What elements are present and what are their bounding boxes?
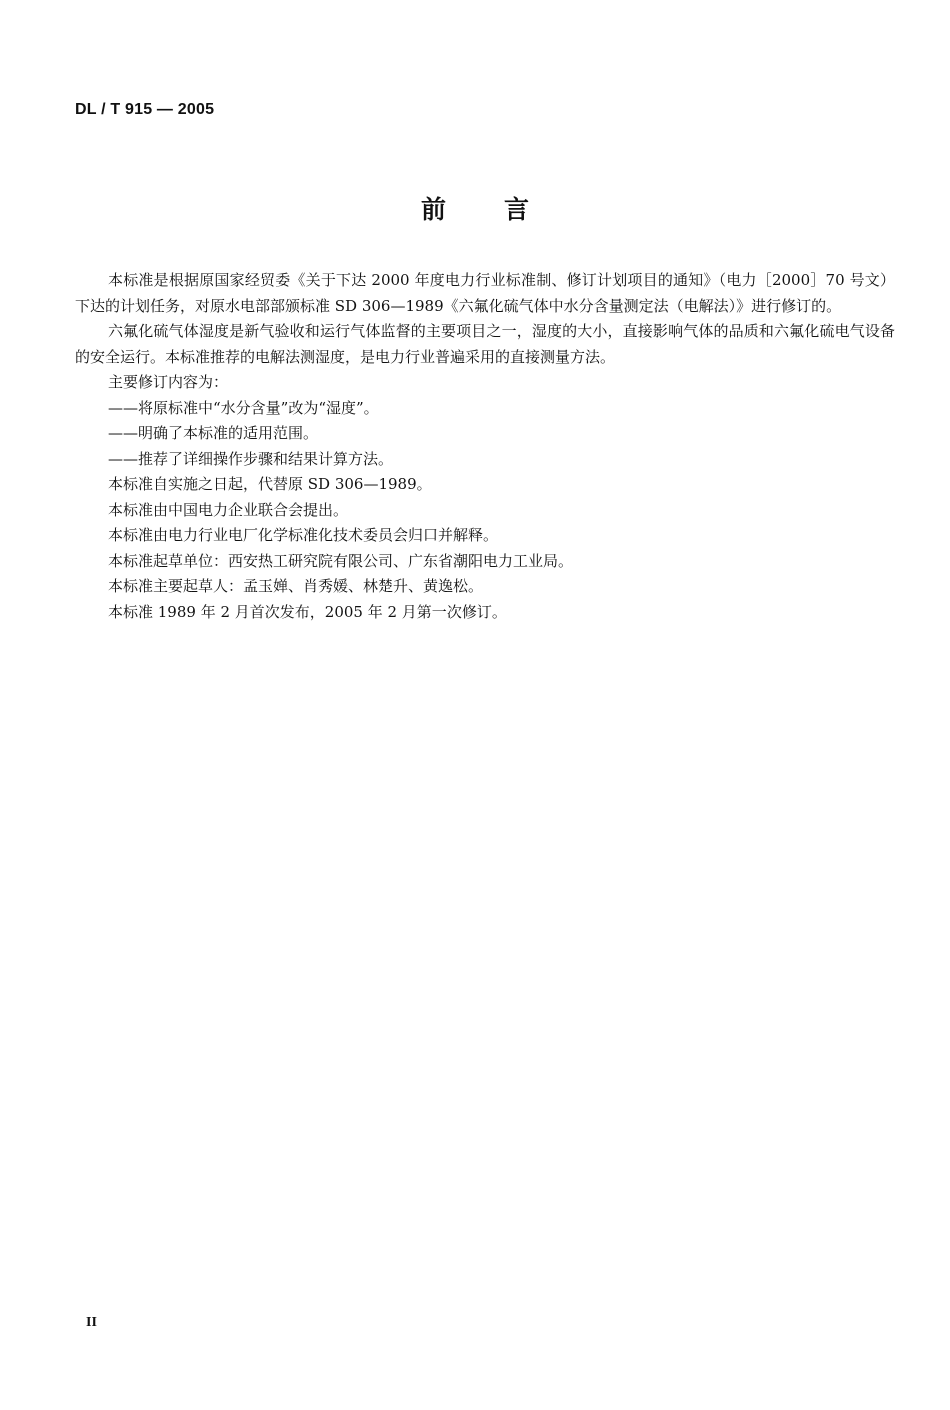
- statement-replaces: 本标准自实施之日起，代替原 SD 306—1989。: [75, 472, 895, 498]
- paragraph-revisions-intro: 主要修订内容为：: [75, 370, 895, 396]
- title-char-2: 言: [504, 190, 529, 226]
- page-title: 前言: [0, 190, 950, 226]
- statement-drafters: 本标准主要起草人：孟玉婵、肖秀媛、林楚升、黄逸松。: [75, 574, 895, 600]
- standard-number: DL / T 915 — 2005: [75, 101, 214, 119]
- revision-item: ——明确了本标准的适用范围。: [75, 421, 895, 447]
- statement-drafting-units: 本标准起草单位：西安热工研究院有限公司、广东省潮阳电力工业局。: [75, 549, 895, 575]
- statement-proposed-by: 本标准由中国电力企业联合会提出。: [75, 498, 895, 524]
- paragraph-importance: 六氟化硫气体湿度是新气验收和运行气体监督的主要项目之一，湿度的大小，直接影响气体…: [75, 319, 895, 370]
- paragraph-basis: 本标准是根据原国家经贸委《关于下达 2000 年度电力行业标准制、修订计划项目的…: [75, 268, 895, 319]
- revision-item: ——推荐了详细操作步骤和结果计算方法。: [75, 447, 895, 473]
- statement-history: 本标准 1989 年 2 月首次发布，2005 年 2 月第一次修订。: [75, 600, 895, 626]
- title-char-1: 前: [421, 190, 446, 226]
- statement-interpreted-by: 本标准由电力行业电厂化学标准化技术委员会归口并解释。: [75, 523, 895, 549]
- page-number: II: [86, 1315, 97, 1331]
- revision-item: ——将原标准中“水分含量”改为“湿度”。: [75, 396, 895, 422]
- foreword-body: 本标准是根据原国家经贸委《关于下达 2000 年度电力行业标准制、修订计划项目的…: [75, 268, 895, 625]
